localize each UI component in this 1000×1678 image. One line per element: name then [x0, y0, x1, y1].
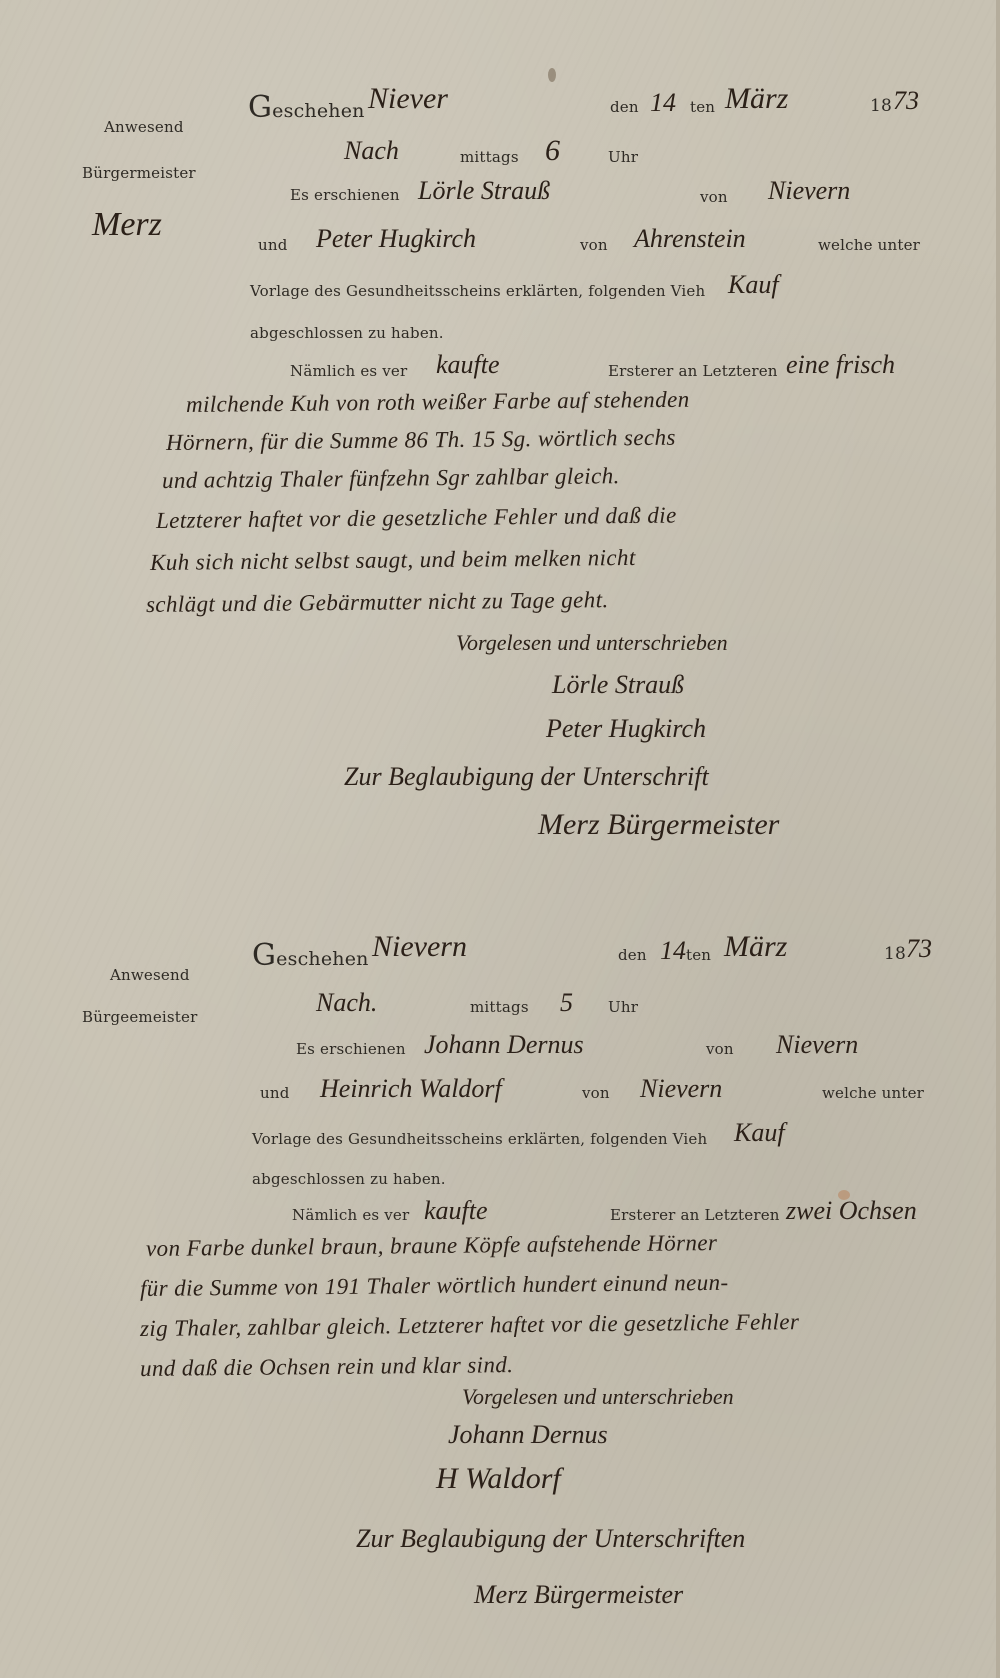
- abgeschlossen-label: abgeschlossen zu haben.: [252, 1170, 446, 1188]
- von2-label: von: [582, 1084, 610, 1102]
- place-value: Niever: [368, 82, 448, 116]
- mayor-signature: Merz Bürgermeister: [474, 1580, 683, 1610]
- abgeschlossen-label: abgeschlossen zu haben.: [250, 324, 444, 342]
- body-line: für die Summe von 191 Thaler wörtlich hu…: [140, 1270, 729, 1302]
- naemlich-value2: eine frisch: [786, 350, 895, 380]
- naemlich-label: Nämlich es ver: [290, 362, 407, 380]
- place2-value: Nievern: [640, 1074, 722, 1104]
- body-line: von Farbe dunkel braun, braune Köpfe auf…: [146, 1230, 718, 1262]
- certification-text: Zur Beglaubigung der Unterschriften: [356, 1524, 745, 1554]
- year-prefix: 18: [884, 944, 906, 964]
- person1-value: Lörle Strauß: [418, 176, 550, 206]
- uhr-label: Uhr: [608, 148, 638, 166]
- den-label: den: [618, 946, 647, 964]
- body-line: und achtzig Thaler fünfzehn Sgr zahlbar …: [162, 463, 620, 494]
- place1-value: Nievern: [776, 1030, 858, 1060]
- time-prefix: Nach: [344, 136, 399, 166]
- page-edge: [996, 0, 1000, 1678]
- und-label: und: [260, 1084, 290, 1102]
- mayor-signature: Merz Bürgermeister: [538, 808, 779, 842]
- ersterer-label: Ersterer an Letzteren: [610, 1206, 780, 1224]
- vieh-value: Kauf: [734, 1118, 785, 1148]
- ten-label: ten: [690, 98, 715, 116]
- day-value: 14: [660, 936, 686, 966]
- mittags-label: mittags: [460, 148, 519, 166]
- margin-anwesend-label: Anwesend: [104, 118, 184, 136]
- signature-2: Peter Hugkirch: [546, 714, 706, 744]
- body-line: Hörnern, für die Summe 86 Th. 15 Sg. wör…: [166, 425, 676, 456]
- time-prefix: Nach.: [316, 988, 377, 1018]
- naemlich-value: kaufte: [436, 350, 500, 380]
- body-line: milchende Kuh von roth weißer Farbe auf …: [186, 387, 690, 418]
- body-line: Letzterer haftet vor die gesetzliche Feh…: [156, 503, 677, 534]
- person2-value: Peter Hugkirch: [316, 224, 476, 254]
- signature-1: Johann Dernus: [448, 1420, 608, 1450]
- naemlich-value: kaufte: [424, 1196, 488, 1226]
- person1-value: Johann Dernus: [424, 1030, 584, 1060]
- hour-value: 5: [560, 988, 573, 1018]
- month-value: März: [725, 82, 788, 116]
- vorlage-text: Vorlage des Gesundheitsscheins erklärten…: [252, 1130, 707, 1148]
- closing-text: Vorgelesen und unterschrieben: [456, 630, 728, 656]
- uhr-label: Uhr: [608, 998, 638, 1016]
- signature-1: Lörle Strauß: [552, 670, 684, 700]
- naemlich-value2: zwei Ochsen: [786, 1196, 917, 1226]
- von2-label: von: [580, 236, 608, 254]
- year-prefix: 18: [870, 96, 892, 116]
- geschehen-label: Geschehen: [252, 938, 369, 973]
- erschienen-label: Es erschienen: [296, 1040, 406, 1058]
- und-label: und: [258, 236, 288, 254]
- person2-value: Heinrich Waldorf: [320, 1074, 502, 1104]
- geschehen-label: Geschehen: [248, 90, 365, 125]
- erschienen-label: Es erschienen: [290, 186, 400, 204]
- body-line: schlägt und die Gebärmutter nicht zu Tag…: [146, 587, 609, 618]
- place-value: Nievern: [372, 930, 467, 964]
- month-value: März: [724, 930, 787, 964]
- signature-2: H Waldorf: [436, 1462, 561, 1496]
- naemlich-label: Nämlich es ver: [292, 1206, 409, 1224]
- margin-mayor-name: Merz: [92, 206, 162, 244]
- body-line: Kuh sich nicht selbst saugt, und beim me…: [150, 545, 636, 576]
- den-label: den: [610, 98, 639, 116]
- vieh-value: Kauf: [728, 270, 779, 300]
- certification-text: Zur Beglaubigung der Unterschrift: [344, 762, 709, 792]
- von1-label: von: [706, 1040, 734, 1058]
- ten-label: ten: [686, 946, 711, 964]
- welche-unter-label: welche unter: [822, 1084, 924, 1102]
- body-line: und daß die Ochsen rein und klar sind.: [140, 1352, 514, 1382]
- body-line: zig Thaler, zahlbar gleich. Letzterer ha…: [140, 1309, 800, 1342]
- margin-anwesend-label: Anwesend: [110, 966, 190, 984]
- welche-unter-label: welche unter: [818, 236, 920, 254]
- closing-text: Vorgelesen und unterschrieben: [462, 1384, 734, 1410]
- vorlage-text: Vorlage des Gesundheitsscheins erklärten…: [250, 282, 705, 300]
- day-value: 14: [650, 88, 676, 118]
- year-suffix: 73: [906, 934, 932, 964]
- year-suffix: 73: [893, 86, 919, 116]
- margin-buergermeister-label: Bürgeemeister: [82, 1008, 197, 1026]
- hour-value: 6: [545, 134, 560, 168]
- place1-value: Nievern: [768, 176, 850, 206]
- mittags-label: mittags: [470, 998, 529, 1016]
- place2-value: Ahrenstein: [634, 224, 746, 254]
- ink-stain: [548, 68, 556, 82]
- margin-buergermeister-label: Bürgermeister: [82, 164, 196, 182]
- ersterer-label: Ersterer an Letzteren: [608, 362, 778, 380]
- von1-label: von: [700, 188, 728, 206]
